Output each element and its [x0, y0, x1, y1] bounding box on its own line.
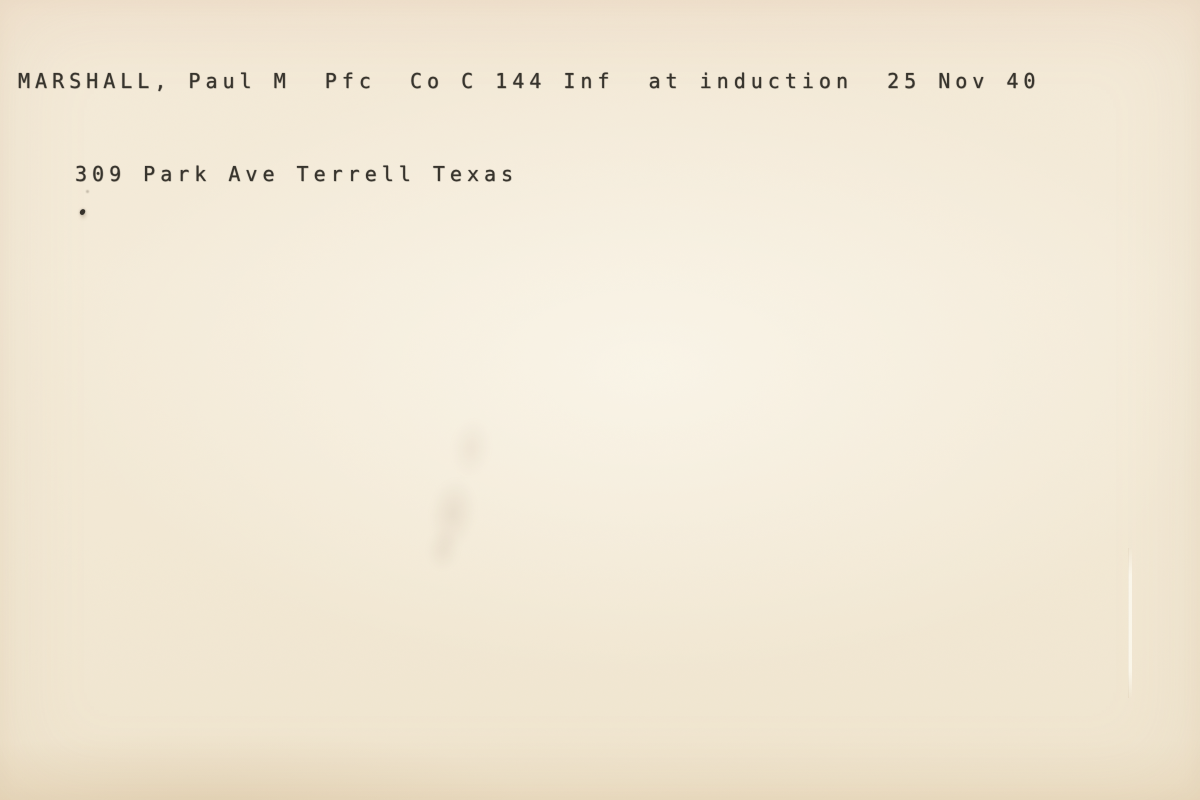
paper-speck: [86, 190, 89, 193]
paper-crease: [1128, 548, 1132, 698]
typed-line-name-rank-unit: MARSHALL, Paul M Pfc Co C 144 Inf at ind…: [18, 66, 1040, 97]
typed-text-block: MARSHALL, Paul M Pfc Co C 144 Inf at ind…: [18, 4, 1040, 252]
scan-corner-shade: [0, 710, 520, 800]
scan-edge-tint-bottom: [0, 740, 1200, 800]
typed-line-address: 309 Park Ave Terrell Texas: [75, 159, 1040, 190]
paper-smudge: [404, 410, 515, 581]
index-card: MARSHALL, Paul M Pfc Co C 144 Inf at ind…: [0, 0, 1200, 800]
